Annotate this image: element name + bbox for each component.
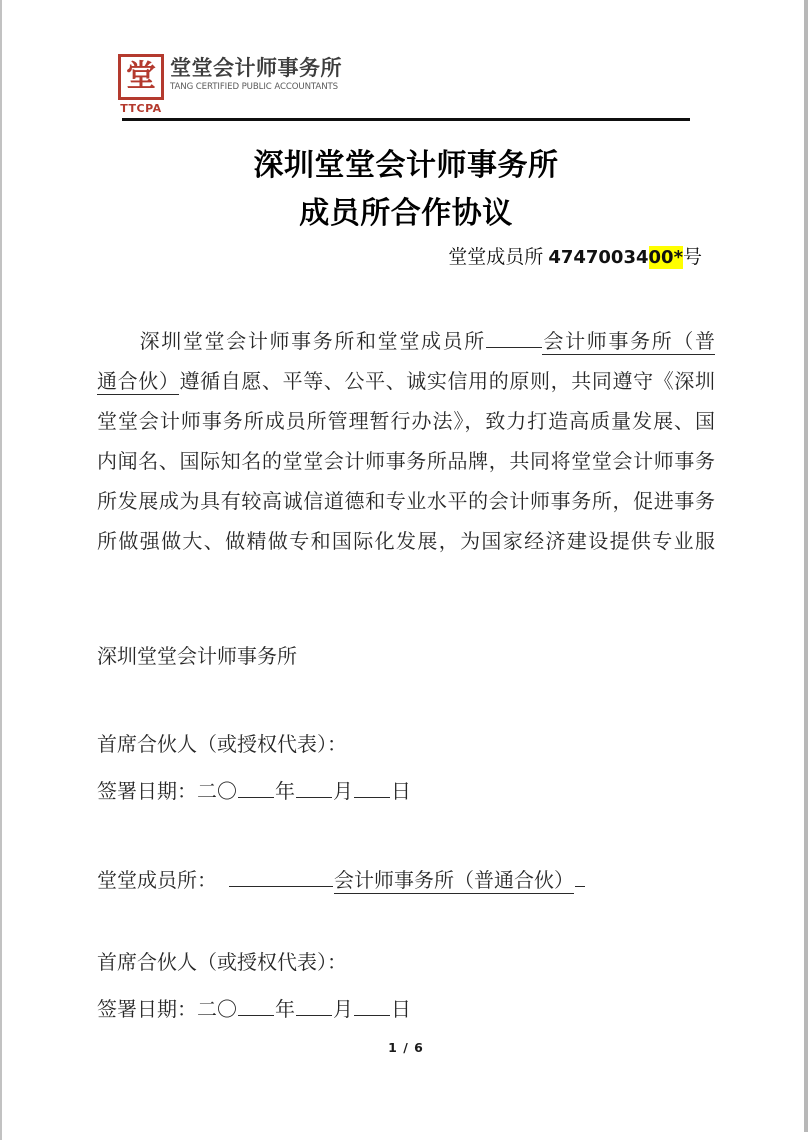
- body-line-1-text: 深圳堂堂会计师事务所和堂堂成员所: [138, 331, 486, 353]
- day-unit: 日: [391, 781, 411, 803]
- logo-seal-column: 堂 TTCPA: [118, 54, 164, 115]
- member-name-tail-blank: [575, 864, 585, 887]
- party-a-firm-name: 深圳堂堂会计师事务所: [97, 642, 297, 672]
- year-unit: 年: [275, 781, 295, 803]
- agreement-body: 深圳堂堂会计师事务所和堂堂成员所会计师事务所（普 通合伙）遵循自愿、平等、公平、…: [97, 322, 715, 562]
- party-b-member-line: 堂堂成员所：会计师事务所（普通合伙）: [97, 864, 586, 896]
- body-line-1: 深圳堂堂会计师事务所和堂堂成员所会计师事务所（普: [97, 322, 715, 362]
- member-name-lead-blank: [229, 864, 333, 887]
- day-unit: 日: [391, 999, 411, 1021]
- seal-icon: 堂: [118, 54, 164, 100]
- month-unit: 月: [333, 999, 353, 1021]
- body-line-1-underlined: 会计师事务所（普: [542, 331, 715, 355]
- member-number-suffix: 号: [683, 247, 702, 268]
- logo-name-cn: 堂堂会计师事务所: [170, 56, 342, 80]
- member-name-blank: [486, 325, 542, 348]
- member-number-prefix: 堂堂成员所: [448, 247, 543, 268]
- body-line-2: 通合伙）遵循自愿、平等、公平、诚实信用的原则，共同遵守《深圳: [97, 362, 715, 402]
- party-a-chief-partner-label: 首席合伙人（或授权代表）：: [97, 730, 347, 760]
- document-title: 深圳堂堂会计师事务所 成员所合作协议: [96, 142, 716, 238]
- logo-name-en: TANG CERTIFIED PUBLIC ACCOUNTANTS: [170, 82, 342, 92]
- member-number-digits: 47470034: [548, 247, 648, 268]
- member-firm-value: 会计师事务所（普通合伙）: [334, 870, 574, 894]
- month-blank: [296, 775, 332, 798]
- body-line-2-text: 遵循自愿、平等、公平、诚实信用的原则，共同遵守《深圳: [179, 371, 715, 393]
- page-left-edge: [0, 0, 2, 1140]
- day-blank: [354, 993, 390, 1016]
- date-prefix: 二〇: [197, 781, 237, 803]
- party-a-sign-date-line: 签署日期：二〇年月日: [97, 775, 411, 807]
- header-divider: [122, 118, 690, 121]
- logo-acronym: TTCPA: [120, 102, 161, 115]
- page-right-edge: [804, 0, 808, 1132]
- page-number: 1 / 6: [0, 1040, 812, 1055]
- logo-names: 堂堂会计师事务所 TANG CERTIFIED PUBLIC ACCOUNTAN…: [170, 54, 342, 92]
- year-blank: [238, 775, 274, 798]
- body-line-2-underlined: 通合伙）: [97, 371, 179, 395]
- member-number-highlight: 00*: [649, 246, 683, 269]
- body-line-6: 所做强做大、做精做专和国际化发展，为国家经济建设提供专业服务。: [97, 522, 715, 562]
- document-page: 堂 TTCPA 堂堂会计师事务所 TANG CERTIFIED PUBLIC A…: [0, 0, 812, 1140]
- member-label: 堂堂成员所：: [97, 870, 217, 892]
- party-b-chief-partner-label: 首席合伙人（或授权代表）：: [97, 948, 347, 978]
- title-line-1: 深圳堂堂会计师事务所: [96, 142, 716, 190]
- body-line-5: 所发展成为具有较高诚信道德和专业水平的会计师事务所，促进事务: [97, 482, 715, 522]
- month-blank: [296, 993, 332, 1016]
- body-line-3: 堂堂会计师事务所成员所管理暂行办法》，致力打造高质量发展、国: [97, 402, 715, 442]
- year-unit: 年: [275, 999, 295, 1021]
- day-blank: [354, 775, 390, 798]
- year-blank: [238, 993, 274, 1016]
- firm-logo: 堂 TTCPA 堂堂会计师事务所 TANG CERTIFIED PUBLIC A…: [118, 54, 342, 115]
- month-unit: 月: [333, 781, 353, 803]
- sign-date-label: 签署日期：: [97, 999, 197, 1021]
- sign-date-label: 签署日期：: [97, 781, 197, 803]
- date-prefix: 二〇: [197, 999, 237, 1021]
- title-line-2: 成员所合作协议: [96, 190, 716, 238]
- party-b-sign-date-line: 签署日期：二〇年月日: [97, 993, 411, 1025]
- body-line-4: 内闻名、国际知名的堂堂会计师事务所品牌，共同将堂堂会计师事务: [97, 442, 715, 482]
- member-number-line: 堂堂成员所4747003400*号: [96, 244, 702, 272]
